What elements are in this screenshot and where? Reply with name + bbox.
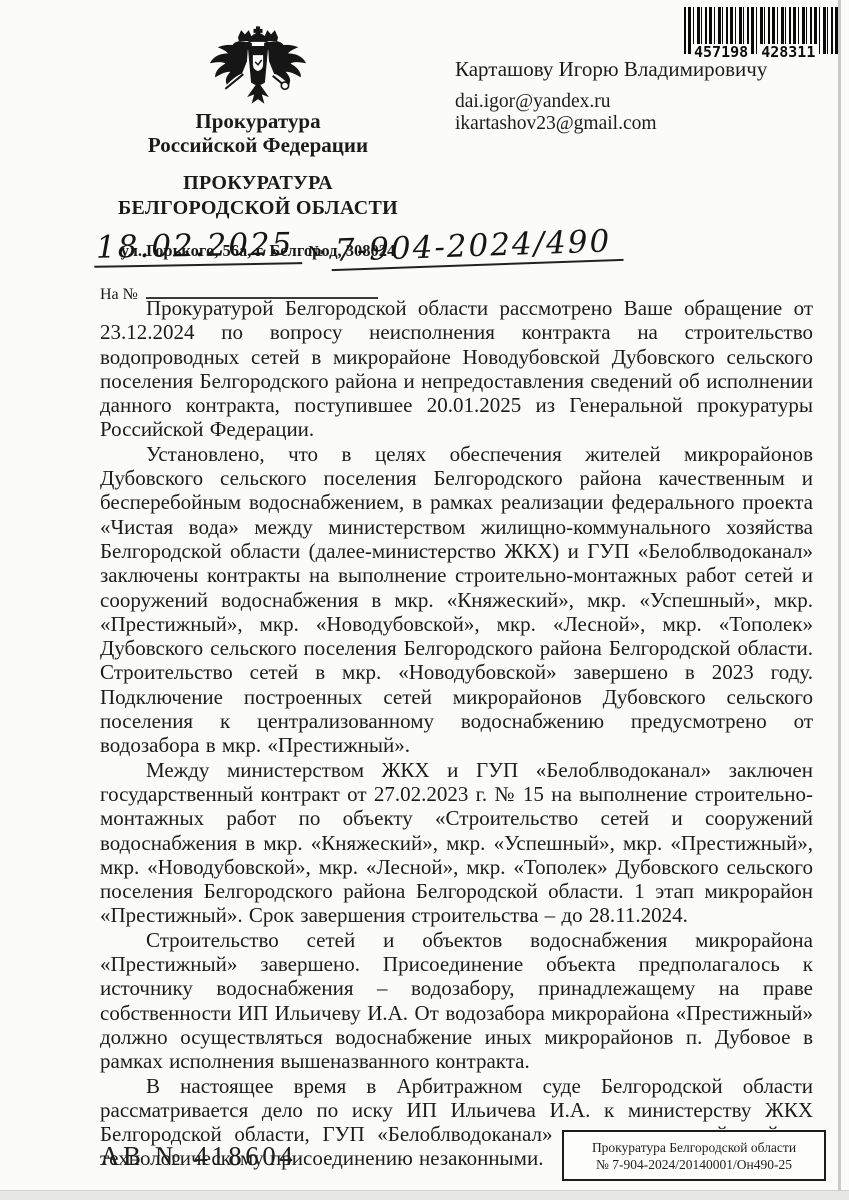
handwritten-doc-number: 7-904-2024/490 xyxy=(330,224,623,271)
registration-stamp: Прокуратура Белгородской области № 7-904… xyxy=(562,1130,826,1181)
body-paragraph: Прокуратурой Белгородской области рассмо… xyxy=(100,296,813,442)
body-paragraph: Строительство сетей и объектов водоснабж… xyxy=(100,928,813,1074)
handwritten-date: 18.02.2025 xyxy=(94,227,302,268)
recipient-emails: dai.igor@yandex.ru ikartashov23@gmail.co… xyxy=(455,91,657,134)
scanned-letter-page: Прокуратура Российской Федерации ПРОКУРА… xyxy=(0,0,849,1200)
registration-line: 18.02.2025 № 7-904-2024/490 xyxy=(94,229,623,266)
barcode: 457198 428311 xyxy=(684,7,844,60)
body-paragraph: Установлено, что в целях обеспечения жит… xyxy=(100,442,813,758)
blank-form-number: АВ № 418604 xyxy=(100,1141,296,1172)
barcode-digits-right: 428311 xyxy=(759,44,817,60)
recipient-name: Карташову Игорю Владимировичу xyxy=(455,57,767,82)
coat-of-arms-icon xyxy=(209,26,307,106)
letter-body: Прокуратурой Белгородской области рассмо… xyxy=(100,296,813,1171)
number-sign: № xyxy=(309,244,324,266)
office-name-line2: БЕЛГОРОДСКОЙ ОБЛАСТИ xyxy=(88,196,428,221)
recipient-email-1: dai.igor@yandex.ru xyxy=(455,91,657,113)
body-paragraph: Между министерством ЖКХ и ГУП «Белоблвод… xyxy=(100,758,813,928)
stamp-number-line: № 7-904-2024/20140001/Он490-25 xyxy=(568,1156,820,1173)
org-name-line2: Российской Федерации xyxy=(88,133,428,157)
letterhead: Прокуратура Российской Федерации ПРОКУРА… xyxy=(88,26,428,261)
page-edge-shadow-right xyxy=(838,0,841,1200)
org-name-line1: Прокуратура xyxy=(88,109,428,133)
office-name-line1: ПРОКУРАТУРА xyxy=(88,171,428,196)
stamp-org-line: Прокуратура Белгородской области xyxy=(568,1139,820,1156)
recipient-email-2: ikartashov23@gmail.com xyxy=(455,113,657,135)
page-edge-shadow-bottom xyxy=(0,1190,849,1200)
